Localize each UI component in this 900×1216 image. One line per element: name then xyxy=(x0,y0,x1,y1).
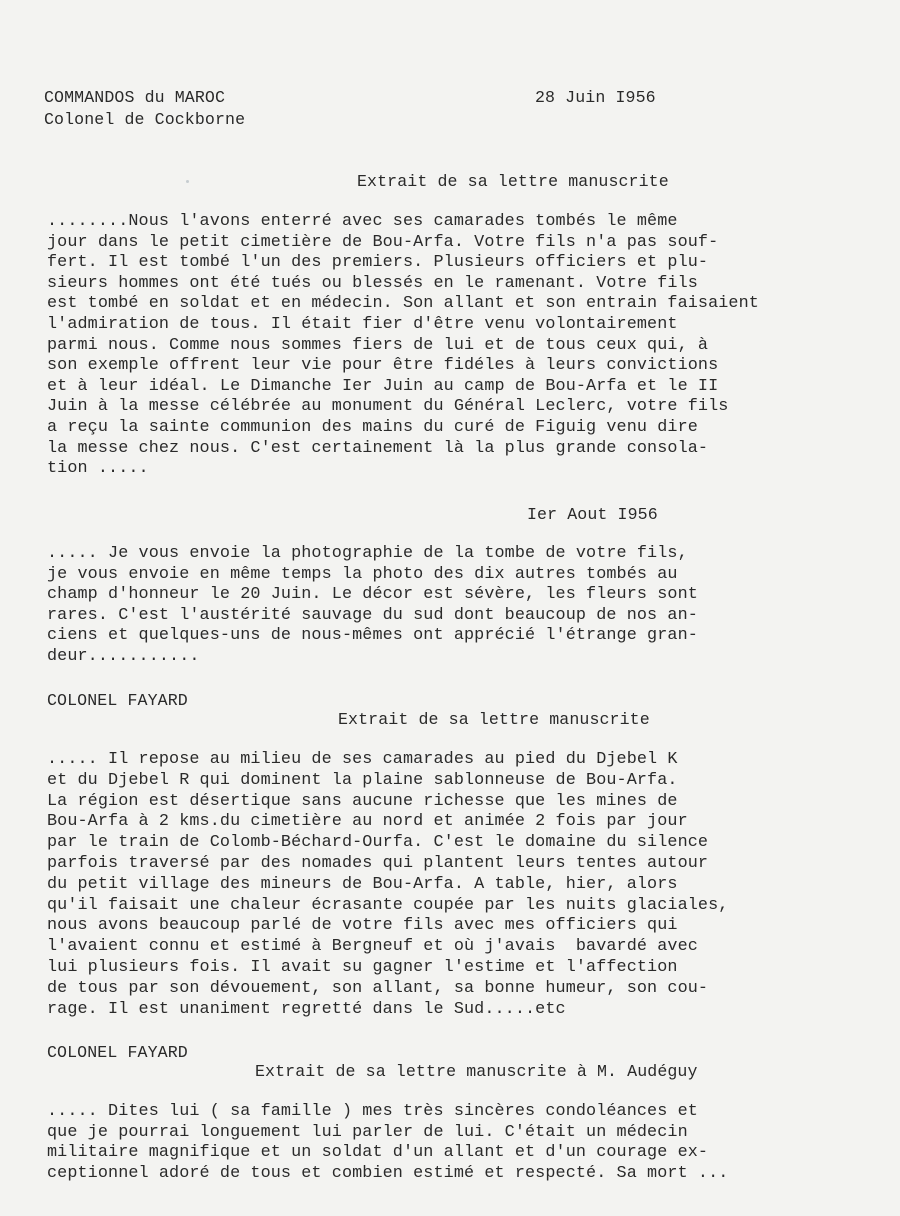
text-line: la messe chez nous. C'est certainement l… xyxy=(47,439,708,459)
text-line: deur........... xyxy=(47,647,200,667)
text-line: ........Nous l'avons enterré avec ses ca… xyxy=(47,212,678,232)
text-line: ..... Dites lui ( sa famille ) mes très … xyxy=(47,1102,698,1122)
section-3-author: COLONEL FAYARD xyxy=(47,691,188,711)
section-4-heading: Extrait de sa lettre manuscrite à M. Aud… xyxy=(255,1062,698,1082)
text-line: Bou-Arfa à 2 kms.du cimetière au nord et… xyxy=(47,812,688,832)
text-line: ciens et quelques-uns de nous-mêmes ont … xyxy=(47,626,698,646)
text-line: je vous envoie en même temps la photo de… xyxy=(47,565,678,585)
text-line: lui plusieurs fois. Il avait su gagner l… xyxy=(47,958,678,978)
paper-speck xyxy=(186,180,189,183)
text-line: Juin à la messe célébrée au monument du … xyxy=(47,397,728,417)
text-line: militaire magnifique et un soldat d'un a… xyxy=(47,1143,708,1163)
text-line: rares. C'est l'austérité sauvage du sud … xyxy=(47,606,698,626)
text-line: son exemple offrent leur vie pour être f… xyxy=(47,356,718,376)
text-line: et du Djebel R qui dominent la plaine sa… xyxy=(47,771,678,791)
text-line: ..... Je vous envoie la photographie de … xyxy=(47,544,688,564)
typed-letter-page: COMMANDOS du MAROC Colonel de Cockborne … xyxy=(0,0,900,1216)
text-line: l'admiration de tous. Il était fier d'êt… xyxy=(47,315,678,335)
text-line: est tombé en soldat et en médecin. Son a… xyxy=(47,294,759,314)
section-2-date: Ier Aout I956 xyxy=(527,505,658,525)
text-line: champ d'honneur le 20 Juin. Le décor est… xyxy=(47,585,698,605)
text-line: ..... Il repose au milieu de ses camarad… xyxy=(47,750,678,770)
text-line: par le train de Colomb-Béchard-Ourfa. C'… xyxy=(47,833,708,853)
text-line: jour dans le petit cimetière de Bou-Arfa… xyxy=(47,233,718,253)
section-3-heading: Extrait de sa lettre manuscrite xyxy=(338,710,650,730)
text-line: tion ..... xyxy=(47,459,149,479)
text-line: La région est désertique sans aucune ric… xyxy=(47,792,678,812)
text-line: parfois traversé par des nomades qui pla… xyxy=(47,854,708,874)
text-line: sieurs hommes ont été tués ou blessés en… xyxy=(47,274,698,294)
header-organization: COMMANDOS du MAROC xyxy=(44,88,225,108)
section-4-author: COLONEL FAYARD xyxy=(47,1043,188,1063)
text-line: nous avons beaucoup parlé de votre fils … xyxy=(47,916,678,936)
text-line: parmi nous. Comme nous sommes fiers de l… xyxy=(47,336,708,356)
text-line: fert. Il est tombé l'un des premiers. Pl… xyxy=(47,253,708,273)
text-line: rage. Il est unaniment regretté dans le … xyxy=(47,1000,566,1020)
text-line: de tous par son dévouement, son allant, … xyxy=(47,979,708,999)
header-author: Colonel de Cockborne xyxy=(44,110,245,130)
text-line: ceptionnel adoré de tous et combien esti… xyxy=(47,1164,728,1184)
section-1-heading: Extrait de sa lettre manuscrite xyxy=(357,172,669,192)
text-line: l'avaient connu et estimé à Bergneuf et … xyxy=(47,937,698,957)
text-line: que je pourrai longuement lui parler de … xyxy=(47,1123,688,1143)
text-line: a reçu la sainte communion des mains du … xyxy=(47,418,698,438)
text-line: qu'il faisait une chaleur écrasante coup… xyxy=(47,896,728,916)
text-line: et à leur idéal. Le Dimanche Ier Juin au… xyxy=(47,377,718,397)
text-line: du petit village des mineurs de Bou-Arfa… xyxy=(47,875,678,895)
header-date: 28 Juin I956 xyxy=(535,88,656,108)
